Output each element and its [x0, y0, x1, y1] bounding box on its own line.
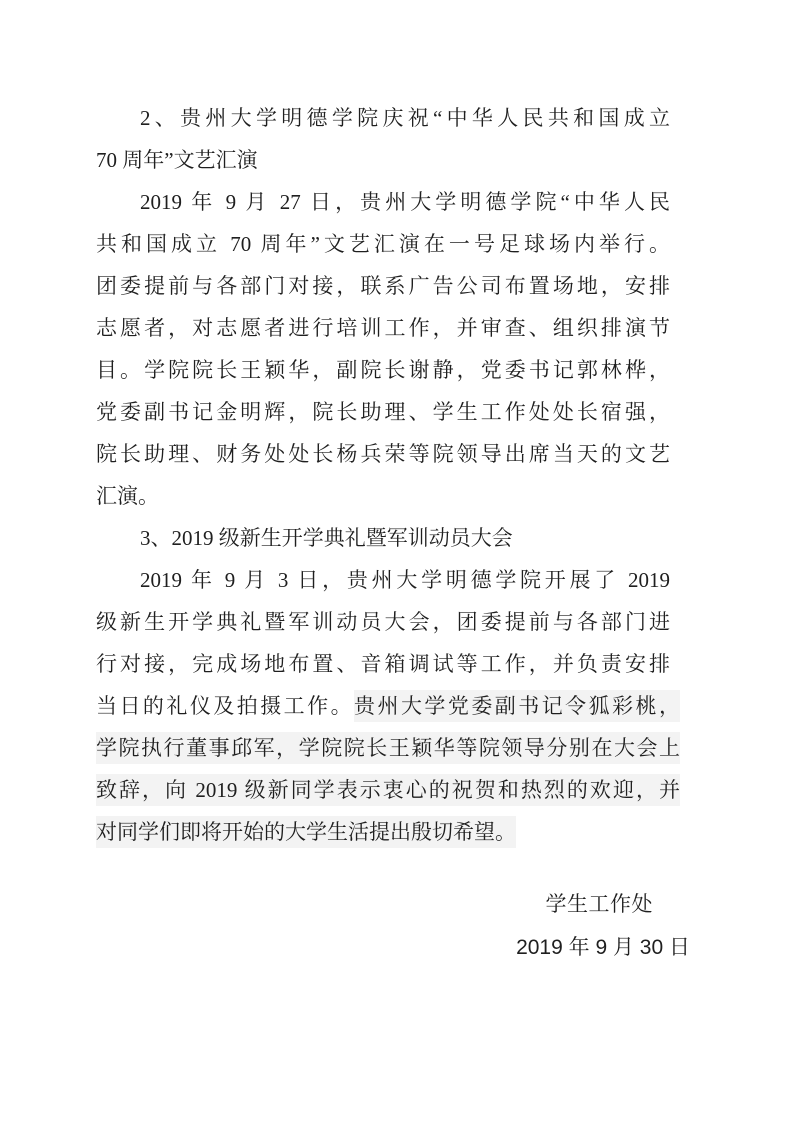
text-line: 3、2019 级新生开学典礼暨军训动员大会: [96, 517, 670, 559]
text-line: 行对接，完成场地布置、音箱调试等工作，并负责安排: [96, 643, 670, 685]
highlighted-text: 贵州大学党委副书记令狐彩桃，: [354, 690, 680, 722]
text-line: 2019 年 9 月 3 日，贵州大学明德学院开展了 2019: [96, 559, 670, 601]
text-line: 志愿者，对志愿者进行培训工作，并审查、组织排演节: [96, 307, 670, 349]
signature-date: 2019 年 9 月 30 日: [516, 927, 690, 969]
text-line: 学院执行董事邱军，学院院长王颖华等院领导分别在大会上: [96, 727, 680, 769]
text-line: 目。学院院长王颖华，副院长谢静，党委书记郭林桦，: [96, 349, 670, 391]
highlighted-text: 对同学们即将开始的大学生活提出殷切希望。: [96, 816, 516, 848]
text-line: 对同学们即将开始的大学生活提出殷切希望。: [96, 811, 670, 853]
text-line: 共和国成立 70 周年”文艺汇演在一号足球场内举行。: [96, 223, 670, 265]
highlighted-text: 学院执行董事邱军，学院院长王颖华等院领导分别在大会上: [96, 732, 680, 764]
text-line: 汇演。: [96, 475, 670, 517]
plain-text: 当日的礼仪及拍摄工作。: [96, 694, 354, 718]
text-line: 70 周年”文艺汇演: [96, 139, 670, 181]
text-line: 2、贵州大学明德学院庆祝“中华人民共和国成立: [96, 97, 670, 139]
document-page: 2、贵州大学明德学院庆祝“中华人民共和国成立70 周年”文艺汇演2019 年 9…: [0, 0, 793, 1122]
text-line: 当日的礼仪及拍摄工作。贵州大学党委副书记令狐彩桃，: [96, 685, 680, 727]
text-line: 团委提前与各部门对接，联系广告公司布置场地，安排: [96, 265, 670, 307]
text-line: 致辞，向 2019 级新同学表示衷心的祝贺和热烈的欢迎，并: [96, 769, 680, 811]
signature-department: 学生工作处: [546, 883, 654, 925]
document-body: 2、贵州大学明德学院庆祝“中华人民共和国成立70 周年”文艺汇演2019 年 9…: [96, 97, 670, 853]
highlighted-text: 致辞，向 2019 级新同学表示衷心的祝贺和热烈的欢迎，并: [96, 774, 680, 806]
text-line: 院长助理、财务处处长杨兵荣等院领导出席当天的文艺: [96, 433, 670, 475]
text-line: 党委副书记金明辉，院长助理、学生工作处处长宿强，: [96, 391, 670, 433]
text-line: 级新生开学典礼暨军训动员大会，团委提前与各部门进: [96, 601, 670, 643]
text-line: 2019 年 9 月 27 日，贵州大学明德学院“中华人民: [96, 181, 670, 223]
